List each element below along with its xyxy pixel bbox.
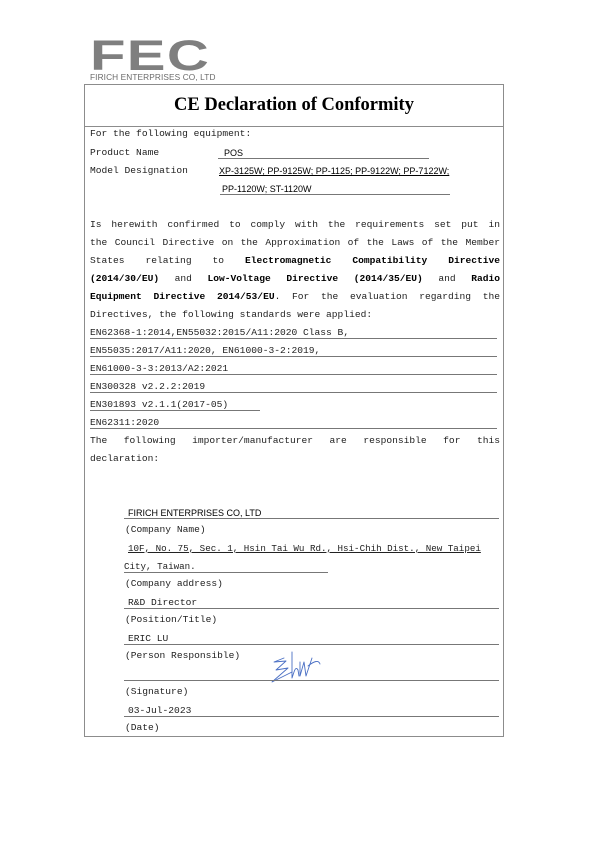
text-run: States relating to: [90, 255, 245, 266]
text-run: and: [423, 273, 471, 284]
position-underline: [124, 608, 499, 609]
address-label: (Company address): [125, 578, 223, 589]
red-directive-start: Radio: [471, 273, 500, 284]
signature-underline: [124, 680, 499, 681]
company-name-underline: [124, 518, 499, 519]
emc-directive-ref: (2014/30/EU): [90, 273, 159, 284]
standard-underline: [90, 356, 497, 357]
standard-item: EN62368-1:2014,EN55032:2015/A11:2020 Cla…: [90, 327, 349, 338]
model-label: Model Designation: [90, 165, 188, 176]
confirmation-line: the Council Directive on the Approximati…: [90, 234, 500, 252]
person-label: (Person Responsible): [125, 650, 240, 661]
address-line-1: 10F, No. 75, Sec. 1, Hsin Tai Wu Rd., Hs…: [128, 543, 481, 554]
model-line-1: XP-3125W; PP-9125W; PP-1125; PP-9122W; P…: [219, 166, 449, 176]
emc-directive: Electromagnetic Compatibility Directive: [245, 255, 500, 266]
person-value: ERIC LU: [128, 633, 168, 644]
company-logo: FEC: [90, 40, 205, 72]
red-directive: Equipment Directive 2014/53/EU: [90, 291, 275, 302]
standard-item: EN55035:2017/A11:2020, EN61000-3-2:2019,: [90, 345, 320, 356]
intro-text: For the following equipment:: [90, 128, 251, 139]
declaration-page: FEC FIRICH ENTERPRISES CO, LTD CE Declar…: [0, 0, 595, 841]
responsible-paragraph: The following importer/manufacturer are …: [90, 432, 500, 468]
logo-text: FEC: [90, 40, 210, 72]
address-line-2: City, Taiwan.: [124, 561, 196, 572]
model-underline: [220, 194, 450, 195]
person-underline: [124, 644, 499, 645]
confirmation-paragraph: Is herewith confirmed to comply with the…: [90, 216, 500, 324]
lvd-directive: Low-Voltage Directive (2014/35/EU): [207, 273, 422, 284]
responsible-line: The following importer/manufacturer are …: [90, 432, 500, 450]
date-value: 03-Jul-2023: [128, 705, 191, 716]
confirmation-line: Equipment Directive 2014/53/EU. For the …: [90, 288, 500, 306]
standard-underline: [90, 410, 260, 411]
standard-underline: [90, 374, 497, 375]
date-underline: [124, 716, 499, 717]
confirmation-line: (2014/30/EU) and Low-Voltage Directive (…: [90, 270, 500, 288]
product-name-underline: [218, 158, 429, 159]
position-value: R&D Director: [128, 597, 197, 608]
standard-item: EN300328 v2.2.2:2019: [90, 381, 205, 392]
date-label: (Date): [125, 722, 160, 733]
standard-underline: [90, 338, 497, 339]
standard-item: EN61000-3-3:2013/A2:2021: [90, 363, 228, 374]
text-run: . For the evaluation regarding the: [275, 291, 500, 302]
address-underline: [124, 572, 328, 573]
standard-underline: [90, 392, 497, 393]
company-name-value: FIRICH ENTERPRISES CO, LTD: [128, 508, 261, 518]
confirmation-line: Directives, the following standards were…: [90, 306, 500, 324]
company-name-label: (Company Name): [125, 524, 206, 535]
product-name-label: Product Name: [90, 147, 159, 158]
responsible-line: declaration:: [90, 450, 500, 468]
standard-item: EN62311:2020: [90, 417, 159, 428]
standard-underline: [90, 428, 497, 429]
company-subtitle: FIRICH ENTERPRISES CO, LTD: [90, 72, 216, 82]
signature-label: (Signature): [125, 686, 188, 697]
position-label: (Position/Title): [125, 614, 217, 625]
model-line-2: PP-1120W; ST-1120W: [222, 184, 312, 194]
confirmation-line: Is herewith confirmed to comply with the…: [90, 216, 500, 234]
product-name-value: POS: [224, 148, 243, 158]
standard-item: EN301893 v2.1.1(2017-05): [90, 399, 228, 410]
page-title: CE Declaration of Conformity: [85, 95, 503, 116]
confirmation-line: States relating to Electromagnetic Compa…: [90, 252, 500, 270]
title-box: CE Declaration of Conformity: [85, 85, 503, 127]
text-run: and: [159, 273, 207, 284]
